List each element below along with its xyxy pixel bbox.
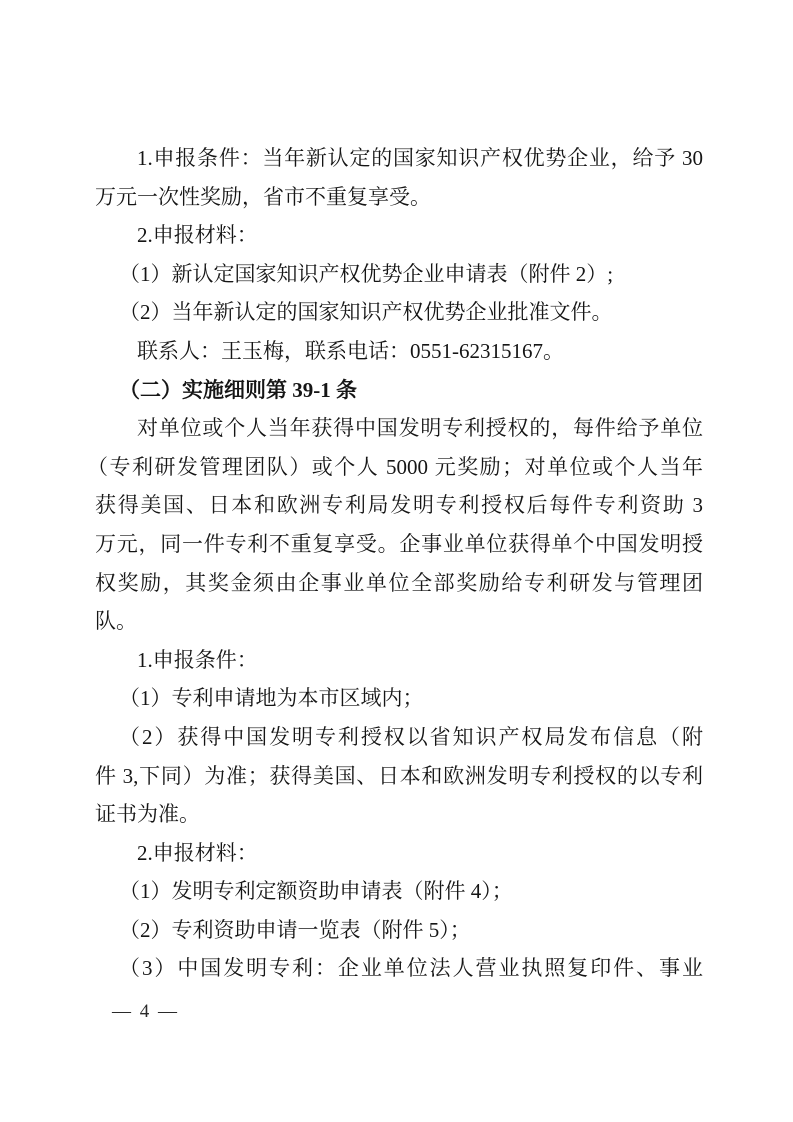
text-line: （2）当年新认定的国家知识产权优势企业批准文件。 [95, 293, 703, 332]
text-line: 权奖励，其奖金须由企事业单位全部奖励给专利研发与管理团 [95, 564, 703, 603]
text-line: （1）发明专利定额资助申请表（附件 4）； [95, 872, 703, 911]
document-page: 1.申报条件：当年新认定的国家知识产权优势企业，给予 30万元一次性奖励，省市不… [0, 0, 793, 1122]
text-line: （二）实施细则第 39-1 条 [95, 371, 703, 410]
text-line: 对单位或个人当年获得中国发明专利授权的，每件给予单位 [95, 409, 703, 448]
text-line: 2.申报材料： [95, 216, 703, 255]
text-line: 件 3,下同）为准；获得美国、日本和欧洲发明专利授权的以专利 [95, 757, 703, 796]
text-block: 1.申报条件：当年新认定的国家知识产权优势企业，给予 30万元一次性奖励，省市不… [95, 139, 703, 988]
text-line: 2.申报材料： [95, 834, 703, 873]
text-line: 队。 [95, 602, 703, 641]
text-line: 万元一次性奖励，省市不重复享受。 [95, 178, 703, 217]
text-line: （2）专利资助申请一览表（附件 5）； [95, 911, 703, 950]
text-line: 获得美国、日本和欧洲专利局发明专利授权后每件专利资助 3 [95, 486, 703, 525]
text-line: 万元，同一件专利不重复享受。企事业单位获得单个中国发明授 [95, 525, 703, 564]
text-line: （2）获得中国发明专利授权以省知识产权局发布信息（附 [95, 718, 703, 757]
text-line: 1.申报条件： [95, 641, 703, 680]
text-line: （1）新认定国家知识产权优势企业申请表（附件 2）; [95, 255, 703, 294]
text-line: （3）中国发明专利：企业单位法人营业执照复印件、事业 [95, 949, 703, 988]
text-line: 联系人：王玉梅，联系电话：0551-62315167。 [95, 332, 703, 371]
page-number: — 4 — [112, 1001, 179, 1023]
text-line: （1）专利申请地为本市区域内； [95, 679, 703, 718]
text-line: 证书为准。 [95, 795, 703, 834]
text-line: 1.申报条件：当年新认定的国家知识产权优势企业，给予 30 [95, 139, 703, 178]
text-line: （专利研发管理团队）或个人 5000 元奖励；对单位或个人当年 [95, 448, 703, 487]
